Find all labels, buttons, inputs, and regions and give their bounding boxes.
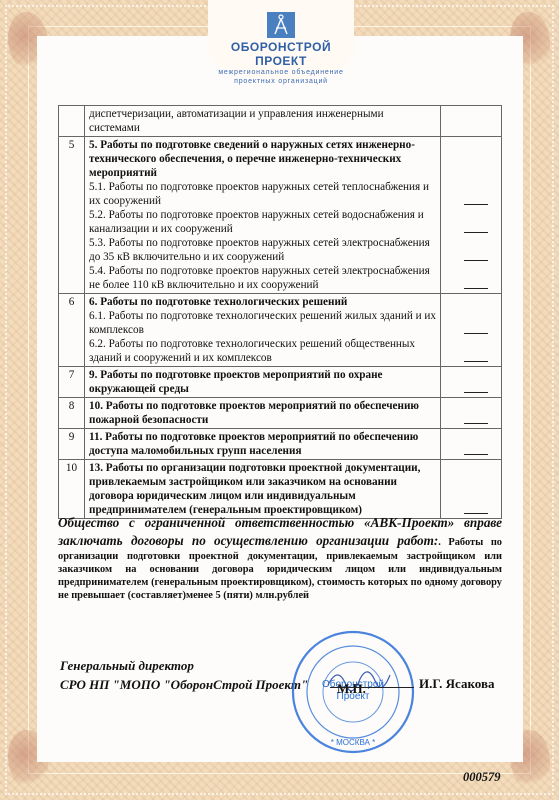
seal-mark: М.П. <box>337 681 366 697</box>
work-description: 9. Работы по подготовке проектов меропри… <box>85 367 441 398</box>
row-number: 6 <box>59 294 85 367</box>
table-row: 79. Работы по подготовке проектов меропр… <box>59 367 502 398</box>
work-description: 10. Работы по подготовке проектов меропр… <box>85 398 441 429</box>
row-number: 9 <box>59 429 85 460</box>
row-number: 5 <box>59 137 85 294</box>
work-subitem: 5.3. Работы по подготовке проектов наруж… <box>89 236 436 264</box>
status-cell <box>441 398 502 429</box>
dash-mark <box>464 204 488 205</box>
logo-name: ОБОРОНСТРОЙ ПРОЕКТ <box>208 40 354 68</box>
status-cell <box>441 294 502 367</box>
work-description: 5. Работы по подготовке сведений о наруж… <box>85 137 441 294</box>
work-subitem: 6.1. Работы по подготовке технологически… <box>89 309 436 337</box>
work-section-title: 10. Работы по подготовке проектов меропр… <box>89 399 436 427</box>
status-cell <box>441 460 502 519</box>
dash-mark <box>464 454 488 455</box>
organization-logo: ОБОРОНСТРОЙ ПРОЕКТ межрегиональное объед… <box>208 0 354 80</box>
dash-mark <box>464 232 488 233</box>
status-cell <box>441 429 502 460</box>
table-row: диспетчеризации, автоматизации и управле… <box>59 106 502 137</box>
status-cell <box>441 106 502 137</box>
statement-paragraph: Общество с ограниченной ответственностью… <box>58 514 502 602</box>
table-row: 911. Работы по подготовке проектов мероп… <box>59 429 502 460</box>
signatory-position: Генеральный директор <box>60 656 308 675</box>
work-section-title: 5. Работы по подготовке сведений о наруж… <box>89 138 436 180</box>
logo-subtitle-2: проектных организаций <box>208 77 354 86</box>
signatory-title: Генеральный директор СРО НП "МОПО "Оборо… <box>60 656 308 694</box>
dash-mark <box>464 361 488 362</box>
logo-subtitle-1: межрегиональное объединение <box>208 68 354 77</box>
work-subitem: 5.1. Работы по подготовке проектов наруж… <box>89 180 436 208</box>
work-section-title: 11. Работы по подготовке проектов меропр… <box>89 430 436 458</box>
table-row: 55. Работы по подготовке сведений о нару… <box>59 137 502 294</box>
compass-icon <box>267 12 295 38</box>
work-description: диспетчеризации, автоматизации и управле… <box>85 106 441 137</box>
serial-number: 000579 <box>463 770 501 785</box>
table-row: 1013. Работы по организации подготовки п… <box>59 460 502 519</box>
work-subitem: диспетчеризации, автоматизации и управле… <box>89 107 436 135</box>
status-cell <box>441 367 502 398</box>
row-number: 10 <box>59 460 85 519</box>
work-description: 13. Работы по организации подготовки про… <box>85 460 441 519</box>
row-number: 7 <box>59 367 85 398</box>
row-number <box>59 106 85 137</box>
table-row: 66. Работы по подготовке технологических… <box>59 294 502 367</box>
work-section-title: 6. Работы по подготовке технологических … <box>89 295 436 309</box>
table-row: 810. Работы по подготовке проектов мероп… <box>59 398 502 429</box>
dash-mark <box>464 423 488 424</box>
dash-mark <box>464 392 488 393</box>
dash-mark <box>464 260 488 261</box>
works-table: диспетчеризации, автоматизации и управле… <box>58 105 502 519</box>
row-number: 8 <box>59 398 85 429</box>
statement-lead: Общество с ограниченной ответственностью… <box>58 515 502 548</box>
dash-mark <box>464 288 488 289</box>
work-subitem: 5.4. Работы по подготовке проектов наруж… <box>89 264 436 292</box>
signatory-organization: СРО НП "МОПО "ОборонСтрой Проект" <box>60 675 308 694</box>
dash-mark <box>464 333 488 334</box>
status-cell <box>441 137 502 294</box>
svg-text:* МОСКВА *: * МОСКВА * <box>331 738 375 747</box>
work-description: 11. Работы по подготовке проектов меропр… <box>85 429 441 460</box>
work-subitem: 5.2. Работы по подготовке проектов наруж… <box>89 208 436 236</box>
work-subitem: 6.2. Работы по подготовке технологически… <box>89 337 436 365</box>
signatory-name: И.Г. Ясакова <box>419 676 495 692</box>
work-description: 6. Работы по подготовке технологических … <box>85 294 441 367</box>
work-section-title: 9. Работы по подготовке проектов меропри… <box>89 368 436 396</box>
signature-line <box>330 687 414 688</box>
work-section-title: 13. Работы по организации подготовки про… <box>89 461 436 517</box>
